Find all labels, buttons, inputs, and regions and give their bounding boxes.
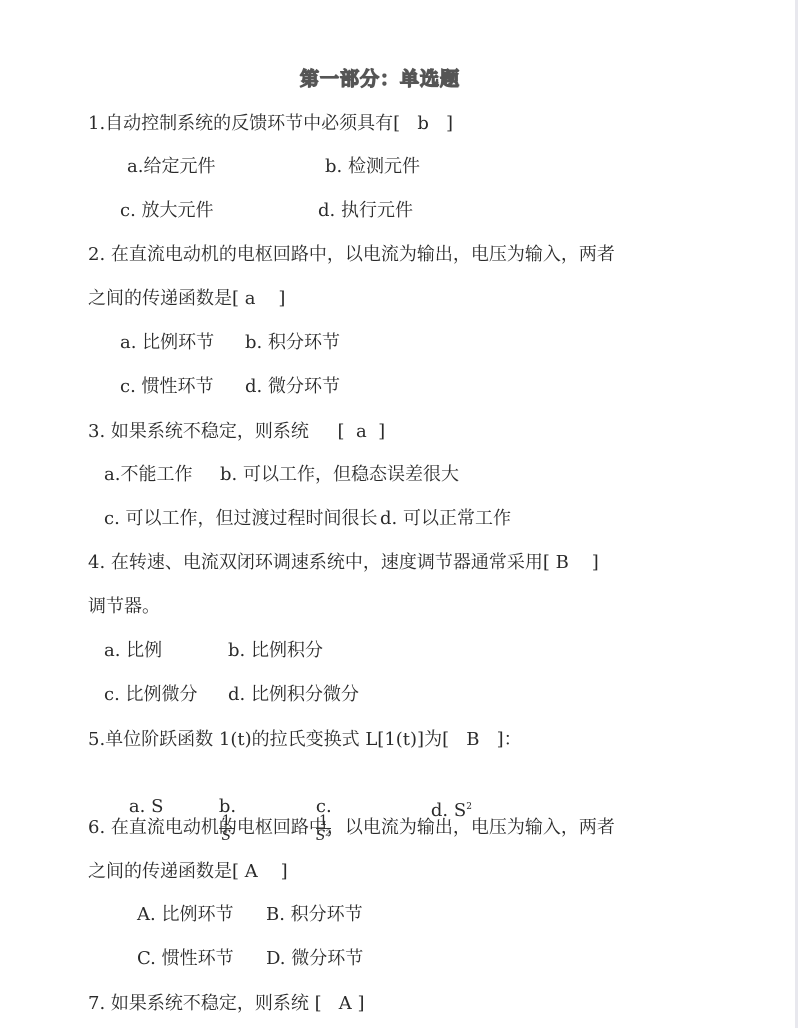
question-2-option-b: b. 积分环节 xyxy=(245,331,340,355)
question-6-stem-line-1: 6. 在直流电动机的电枢回路中，以电流为输出，电压为输入，两者 xyxy=(88,816,615,840)
section-title: 第一部分：单选题 xyxy=(0,64,760,91)
question-4-option-c: c. 比例微分 xyxy=(104,683,198,707)
question-5-stem: 5.单位阶跃函数 1(t)的拉氏变换式 L[1(t)]为[ B ]： xyxy=(88,728,522,752)
question-3-option-c: c. 可以工作，但过渡过程时间很长 xyxy=(104,507,378,531)
question-6-option-d: D. 微分环节 xyxy=(266,947,363,971)
question-3-stem: 3. 如果系统不稳定，则系统 [ a ] xyxy=(88,420,385,444)
question-2-stem-line-2: 之间的传递函数是[ a ] xyxy=(88,287,285,311)
question-4-stem-line-2: 调节器。 xyxy=(88,595,160,619)
question-4-option-d: d. 比例积分微分 xyxy=(228,683,359,707)
question-3-option-a: a.不能工作 xyxy=(104,463,192,487)
question-3-option-b: b. 可以工作，但稳态误差很大 xyxy=(220,463,459,487)
question-2-option-d: d. 微分环节 xyxy=(245,375,340,399)
question-1-option-c: c. 放大元件 xyxy=(120,199,214,223)
question-2-stem-line-1: 2. 在直流电动机的电枢回路中，以电流为输出，电压为输入，两者 xyxy=(88,243,615,267)
question-6-option-c: C. 惯性环节 xyxy=(137,947,234,971)
question-4-stem-line-1: 4. 在转速、电流双闭环调速系统中，速度调节器通常采用[ B ] xyxy=(88,551,599,575)
question-6-option-b: B. 积分环节 xyxy=(266,903,363,927)
question-3-option-d: d. 可以正常工作 xyxy=(380,507,511,531)
question-1-stem: 1.自动控制系统的反馈环节中必须具有[ b ] xyxy=(88,112,453,136)
question-6-stem-line-2: 之间的传递函数是[ A ] xyxy=(88,860,288,884)
question-6-option-a: A. 比例环节 xyxy=(137,903,233,927)
question-2-option-a: a. 比例环节 xyxy=(120,331,214,355)
question-7-stem: 7. 如果系统不稳定，则系统 [ A ] xyxy=(88,992,365,1016)
question-2-option-c: c. 惯性环节 xyxy=(120,375,214,399)
question-1-option-a: a.给定元件 xyxy=(127,155,215,179)
question-4-option-b: b. 比例积分 xyxy=(228,639,323,663)
document-page: 第一部分：单选题 1.自动控制系统的反馈环节中必须具有[ b ] a.给定元件 … xyxy=(0,0,795,1028)
question-1-option-b: b. 检测元件 xyxy=(325,155,420,179)
question-1-option-d: d. 执行元件 xyxy=(318,199,413,223)
question-4-option-a: a. 比例 xyxy=(104,639,162,663)
